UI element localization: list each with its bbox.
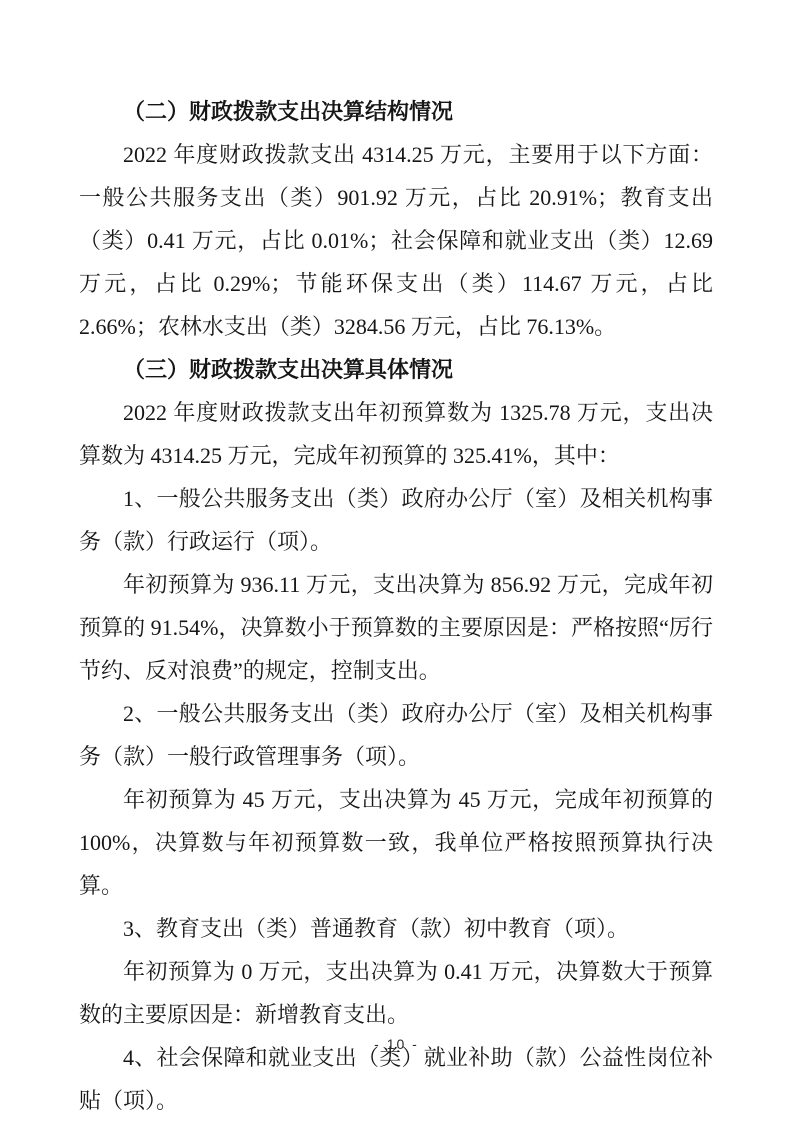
- paragraph: 年初预算为 936.11 万元，支出决算为 856.92 万元，完成年初预算的 …: [79, 563, 713, 692]
- paragraph: 1、一般公共服务支出（类）政府办公厅（室）及相关机构事务（款）行政运行（项）。: [79, 477, 713, 563]
- paragraph: 2022 年度财政拨款支出年初预算数为 1325.78 万元，支出决算数为 43…: [79, 391, 713, 477]
- section-heading: （二）财政拨款支出决算结构情况: [79, 90, 713, 133]
- section-heading: （三）财政拨款支出决算具体情况: [79, 348, 713, 391]
- paragraph: 年初预算为 0 万元，支出决算为 0.41 万元，决算数大于预算数的主要原因是：…: [79, 950, 713, 1036]
- document-page: （二）财政拨款支出决算结构情况2022 年度财政拨款支出 4314.25 万元，…: [0, 0, 793, 1122]
- paragraph: 3、教育支出（类）普通教育（款）初中教育（项）。: [79, 907, 713, 950]
- document-body: （二）财政拨款支出决算结构情况2022 年度财政拨款支出 4314.25 万元，…: [79, 90, 713, 1122]
- paragraph: 年初预算为 45 万元，支出决算为 45 万元，完成年初预算的 100%，决算数…: [79, 778, 713, 907]
- paragraph: 2、一般公共服务支出（类）政府办公厅（室）及相关机构事务（款）一般行政管理事务（…: [79, 692, 713, 778]
- page-number: - 10 -: [0, 1036, 793, 1052]
- paragraph: 2022 年度财政拨款支出 4314.25 万元，主要用于以下方面：一般公共服务…: [79, 133, 713, 348]
